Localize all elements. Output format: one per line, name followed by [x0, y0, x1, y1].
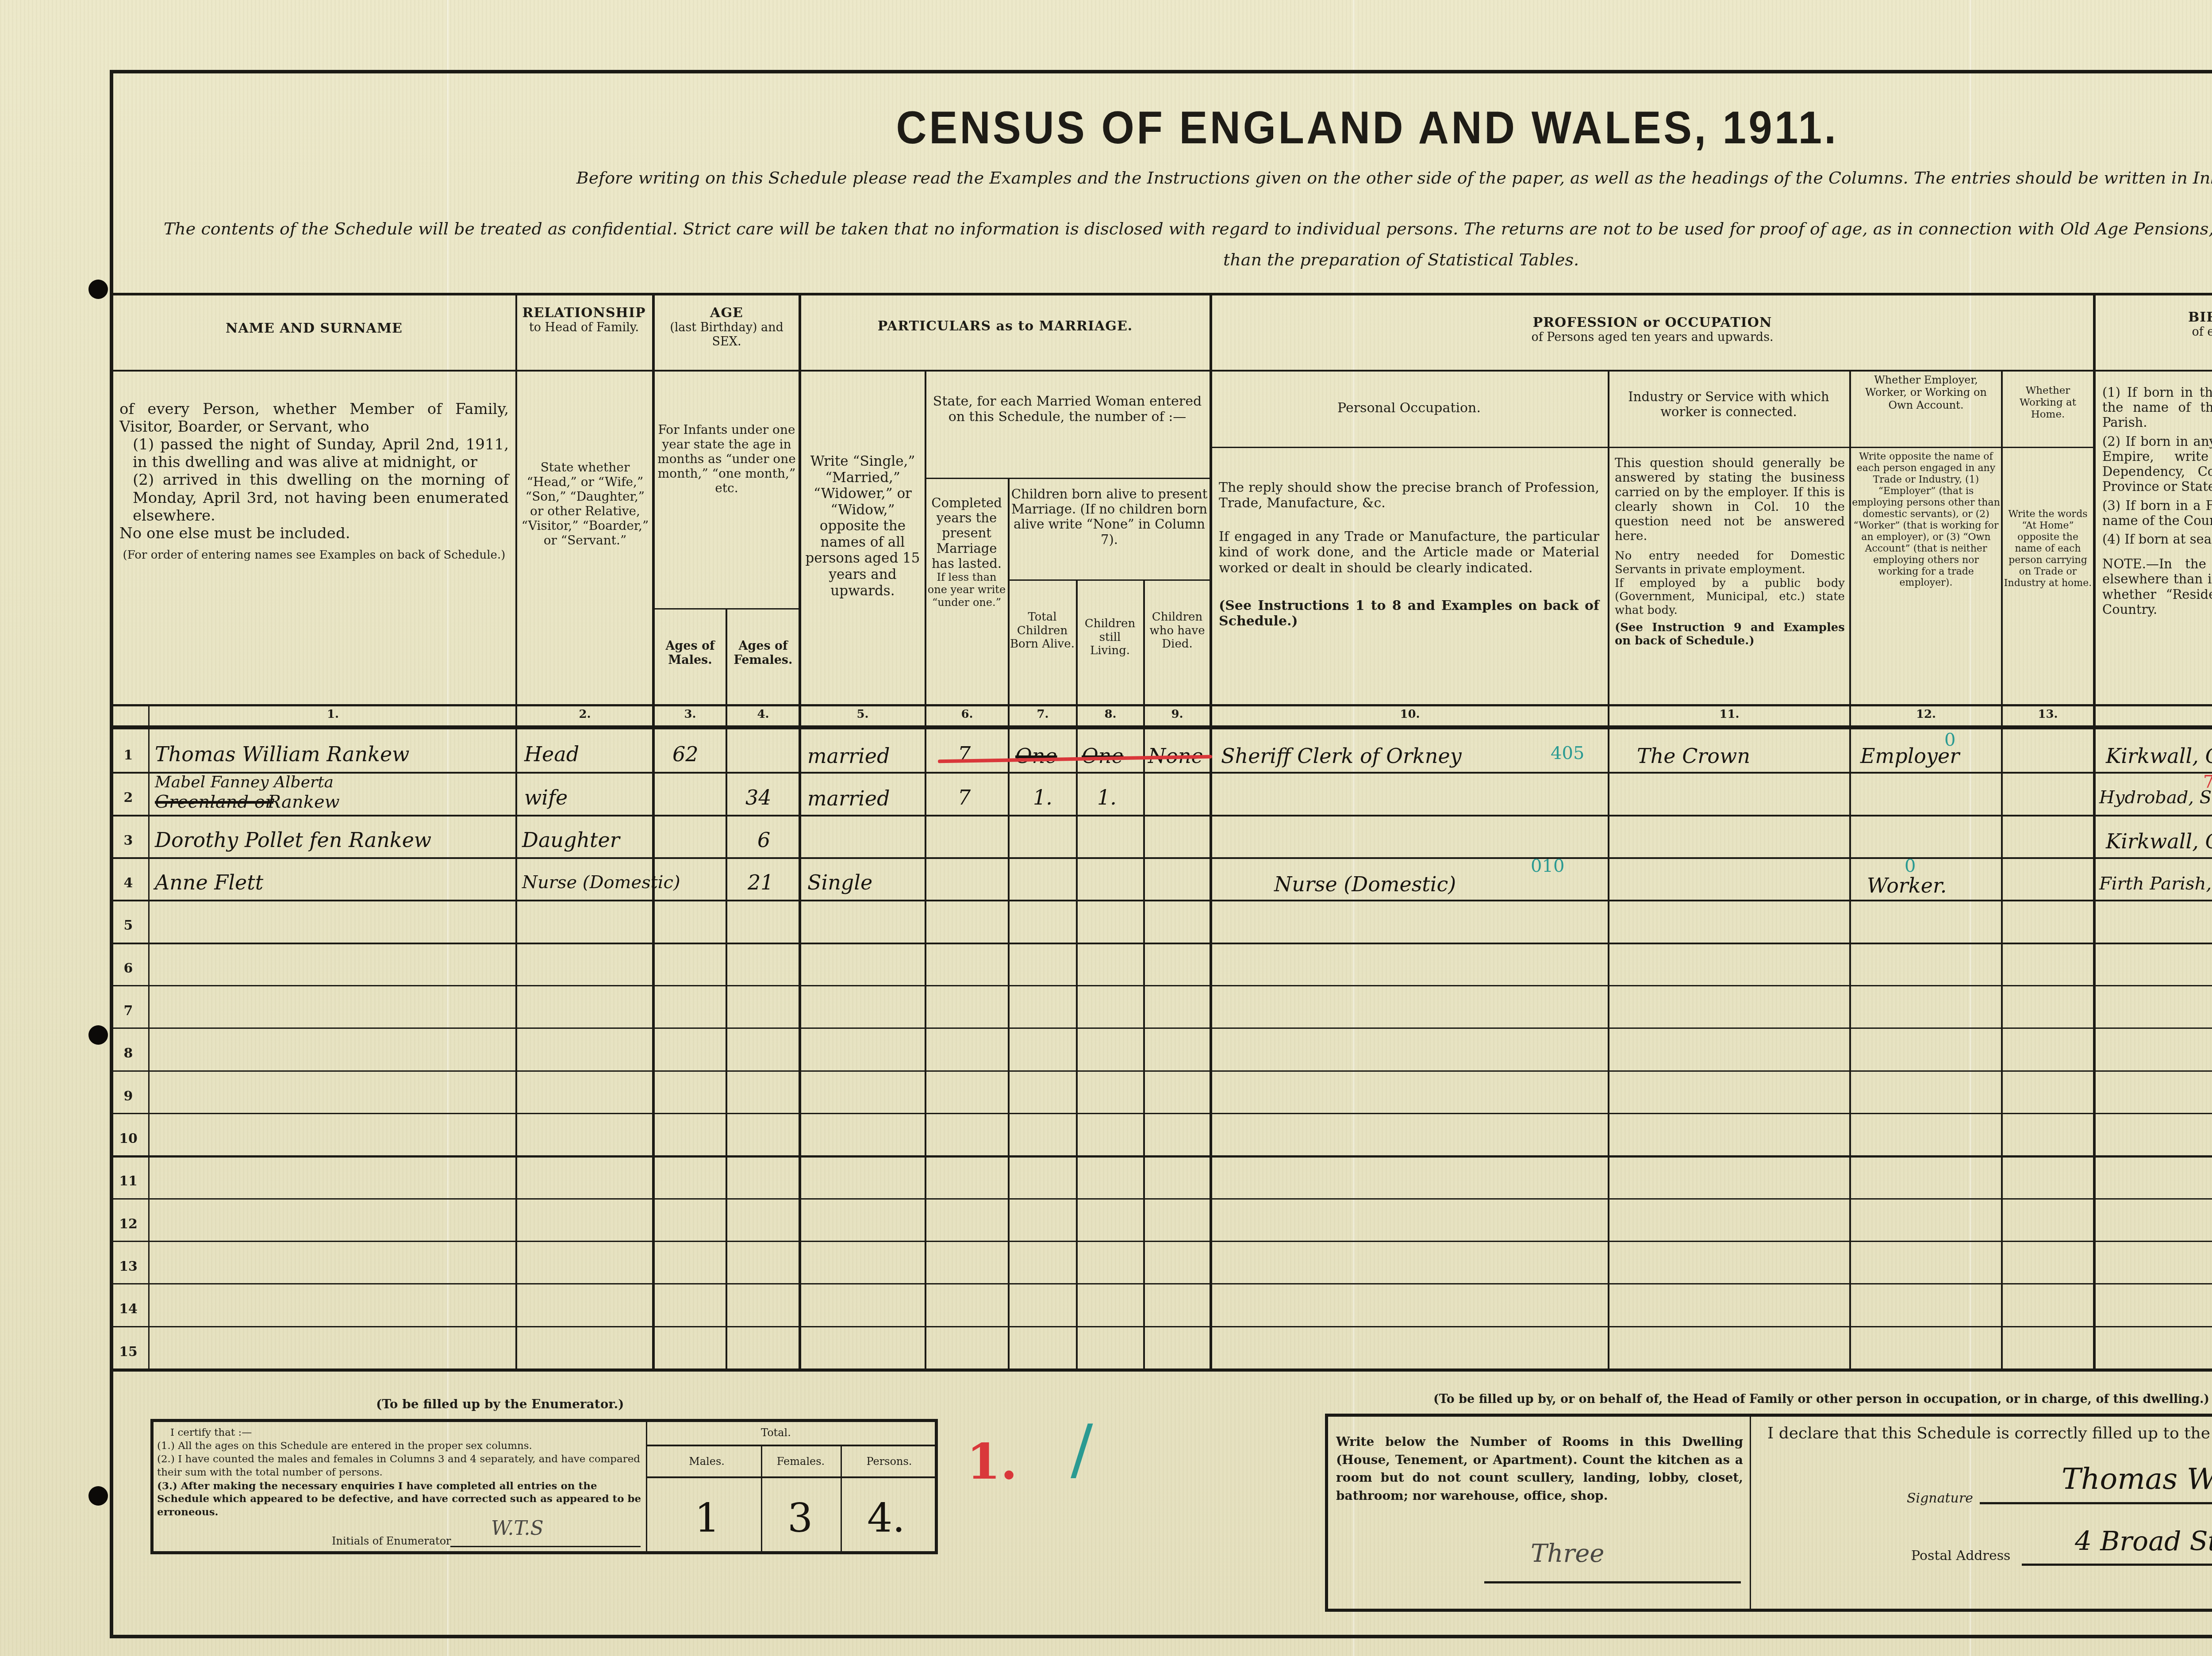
total-males[interactable]: 1	[695, 1495, 720, 1541]
row-number: 11	[111, 1173, 146, 1189]
rooms-underline	[1484, 1581, 1741, 1583]
row-number: 8	[111, 1046, 146, 1061]
col-divider	[1143, 579, 1145, 1368]
table-top-border	[110, 293, 2212, 295]
col-divider	[2001, 370, 2003, 1368]
header-employer: Whether Employer, Worker, or Working on …	[1852, 374, 2000, 411]
cell-industry[interactable]: The Crown	[1637, 744, 1750, 768]
header-name: NAME AND SURNAME	[115, 321, 513, 336]
column-number: 8.	[1078, 708, 1143, 727]
cell-years-married[interactable]: 7	[958, 786, 971, 809]
address-underline	[2022, 1564, 2212, 1566]
cell-children-living[interactable]: 1.	[1097, 786, 1117, 809]
total-divider	[647, 1445, 936, 1446]
cell-age-female[interactable]: 6	[757, 828, 770, 852]
enumerator-certify: I certify that :— (1.) All the ages on t…	[157, 1426, 641, 1519]
cell-name-struck: Greenland or	[155, 792, 273, 812]
page-title: CENSUS OF ENGLAND AND WALES, 1911.	[109, 102, 2212, 154]
header-marriage-condition: Write “Single,” “Married,” “Widower,” or…	[803, 453, 922, 599]
address-label: Postal Address	[1911, 1548, 2010, 1564]
cell-occupation[interactable]: Sheriff Clerk of Orkney	[1221, 744, 1462, 768]
males-label: Males.	[655, 1455, 759, 1468]
cell-birthplace[interactable]: Kirkwall, Orkney	[2106, 744, 2212, 768]
signature-value[interactable]: Thomas W. Rankew	[2062, 1462, 2212, 1496]
cell-condition[interactable]: married	[807, 744, 890, 768]
column-number: 2.	[518, 708, 652, 727]
header-marriage: PARTICULARS as to MARRIAGE.	[801, 318, 1210, 334]
column-number: 5.	[801, 708, 925, 727]
cell-children-born[interactable]: One	[1015, 744, 1057, 768]
row-number: 9	[111, 1089, 146, 1104]
header-children-died: Children who have Died.	[1145, 610, 1210, 651]
teal-check-mark: /	[1071, 1411, 1093, 1488]
enumerator-heading: (To be filled up by the Enumerator.)	[376, 1397, 624, 1411]
row-number: 12	[111, 1216, 146, 1232]
header-relationship-desc: State whether “Head,” or “Wife,” “Son,” …	[520, 460, 650, 548]
initials-value[interactable]: W.T.S	[491, 1517, 544, 1540]
cell-birthplace[interactable]: Firth Parish, Orkney	[2099, 874, 2212, 894]
declaration: I declare that this Schedule is correctl…	[1767, 1424, 2212, 1443]
enumerator-divider	[761, 1445, 762, 1552]
cell-birthplace[interactable]: Hydrobad, Sinde, India	[2099, 787, 2212, 808]
total-divider	[647, 1476, 936, 1478]
col-divider	[1608, 370, 1609, 1368]
cell-relationship[interactable]: Daughter	[522, 828, 620, 852]
row-number: 14	[111, 1301, 146, 1317]
total-persons[interactable]: 4.	[867, 1495, 905, 1541]
header-personal-occupation: Personal Occupation.	[1212, 400, 1606, 416]
row-number: 1	[111, 747, 146, 763]
col-divider	[1210, 293, 1212, 1368]
initials-label: Initials of Enumerator	[332, 1535, 451, 1547]
red-check-mark: 1.	[967, 1433, 1018, 1490]
row-number: 5	[111, 918, 146, 933]
header-birthplace: BIRTHPLACEof every person.	[2097, 310, 2212, 339]
cell-relationship[interactable]: wife	[524, 786, 568, 809]
total-females[interactable]: 3	[787, 1495, 813, 1541]
row-number: 4	[111, 875, 146, 891]
column-number: 9.	[1145, 708, 1210, 727]
row-number: 15	[111, 1344, 146, 1360]
rownum-divider	[148, 706, 150, 1368]
row-number: 2	[111, 790, 146, 805]
cell-condition[interactable]: married	[807, 786, 890, 810]
employer-code: 0	[1905, 856, 1916, 876]
children-divider	[1008, 579, 1210, 581]
header-personal-desc: The reply should show the precise branch…	[1219, 480, 1599, 629]
age-sub-divider	[652, 608, 799, 609]
col-divider	[925, 370, 926, 1368]
employer-code: 0	[1944, 730, 1955, 750]
column-number: 3.	[655, 708, 726, 727]
cell-children-living[interactable]: One	[1082, 744, 1124, 768]
column-number: 7.	[1010, 708, 1076, 727]
cell-condition[interactable]: Single	[807, 870, 872, 894]
instruction-line: Before writing on this Schedule please r…	[110, 168, 2212, 188]
punch-hole-icon	[88, 280, 108, 299]
header-age: AGE(last Birthday) and SEX.	[655, 305, 799, 349]
row-number: 7	[111, 1003, 146, 1019]
confidential-line: The contents of the Schedule will be tre…	[137, 219, 2212, 238]
cell-name-line1[interactable]: Mabel Fanney Alberta	[155, 773, 334, 791]
column-number: 6.	[926, 708, 1008, 727]
column-number: 10.	[1212, 708, 1608, 727]
column-number: 11.	[1609, 708, 1849, 727]
col-divider	[726, 608, 727, 1368]
cell-birthplace[interactable]: Kirkwall, Orkney	[2106, 829, 2212, 853]
col-divider	[1849, 370, 1851, 1368]
table-bottom-border	[110, 1368, 2212, 1372]
occupation-code: 010	[1531, 856, 1564, 876]
col-divider	[1076, 579, 1078, 1368]
persons-label: Persons.	[843, 1455, 936, 1468]
header-age-females: Ages of Females.	[728, 639, 799, 667]
signature-underline	[1980, 1502, 2212, 1504]
cell-name[interactable]: Anne Flett	[155, 870, 263, 894]
cell-name[interactable]: Thomas William Rankew	[155, 742, 409, 766]
confidential-line-2: than the preparation of Statistical Tabl…	[110, 250, 2212, 269]
header-name-desc: of every Person, whether Member of Famil…	[119, 400, 509, 562]
subheader-divider	[110, 370, 2212, 372]
column-number: 13.	[2003, 708, 2093, 727]
column-number: 14.	[2096, 708, 2212, 727]
total-label: Total.	[761, 1426, 791, 1439]
cell-relationship[interactable]: Nurse (Domestic)	[522, 872, 680, 893]
column-number: 4.	[728, 708, 799, 727]
rooms-instruction: Write below the Number of Rooms in this …	[1336, 1433, 1743, 1505]
column-number: 1.	[150, 708, 515, 727]
home-sub-divider	[2001, 447, 2093, 448]
cell-employer-status[interactable]: Worker.	[1867, 874, 1947, 897]
header-industry: Industry or Service with which worker is…	[1610, 389, 1847, 419]
cell-occupation[interactable]: Nurse (Domestic)	[1274, 872, 1456, 896]
cell-name-line2[interactable]: Rankew	[268, 792, 340, 812]
head-of-family-divider	[1750, 1415, 1751, 1610]
header-children-living: Children still Living.	[1078, 617, 1142, 658]
header-occupation: PROFESSION or OCCUPATIONof Persons aged …	[1212, 315, 2093, 345]
signature-label: Signature	[1907, 1491, 1973, 1506]
females-label: Females.	[763, 1455, 838, 1468]
header-age-males: Ages of Males.	[655, 639, 726, 667]
header-years-married: Completed years the present Marriage has…	[927, 495, 1006, 609]
header-age-desc: For Infants under one year state the age…	[657, 422, 796, 495]
cell-name[interactable]: Dorothy Pollet fen Rankew	[155, 828, 431, 852]
rooms-value[interactable]: Three	[1531, 1539, 1604, 1568]
header-birthplace-desc: (1) If born in the United Kingdom, write…	[2102, 385, 2212, 617]
col-divider	[652, 293, 655, 1368]
col-divider	[799, 293, 801, 1368]
row-number: 13	[111, 1259, 146, 1274]
occupation-code: 405	[1551, 743, 1584, 763]
married-woman-divider	[925, 478, 1210, 479]
punch-hole-icon	[88, 1486, 108, 1506]
occupation-sub-divider	[1210, 447, 2093, 448]
header-bottom-border	[110, 704, 2212, 706]
column-number: 12.	[1851, 708, 2001, 727]
header-children-total: Total Children Born Alive.	[1010, 610, 1075, 651]
initials-underline	[450, 1546, 641, 1547]
header-at-home-desc: Write the words “At Home” opposite the n…	[2003, 509, 2093, 589]
cell-age-female[interactable]: 34	[745, 786, 772, 809]
punch-hole-icon	[88, 1025, 108, 1045]
header-employer-desc: Write opposite the name of each person e…	[1852, 451, 2000, 589]
col-divider	[515, 293, 517, 1368]
enumerator-divider	[646, 1421, 647, 1552]
row-number: 6	[111, 961, 146, 976]
header-relationship: RELATIONSHIPto Head of Family.	[518, 305, 650, 335]
enumerator-divider	[841, 1445, 842, 1552]
cell-age-female[interactable]: 21	[748, 870, 774, 894]
header-married-woman: State, for each Married Woman entered on…	[927, 394, 1208, 425]
row-number: 3	[111, 833, 146, 848]
row-number: 10	[111, 1131, 146, 1146]
header-at-home: Whether Working at Home.	[2003, 385, 2093, 421]
col-divider	[2093, 293, 2096, 1368]
address-value[interactable]: 4 Broad Street, Kirkwall	[2075, 1526, 2212, 1557]
header-children-group: Children born alive to present Marriage.…	[1011, 487, 1208, 547]
cell-children-born[interactable]: 1.	[1033, 786, 1052, 809]
head-of-family-heading: (To be filled up by, or on behalf of, th…	[1433, 1392, 2209, 1406]
header-industry-desc: This question should generally be answer…	[1615, 456, 1845, 648]
cell-relationship[interactable]: Head	[524, 742, 579, 766]
cell-age-male[interactable]: 62	[672, 742, 699, 766]
